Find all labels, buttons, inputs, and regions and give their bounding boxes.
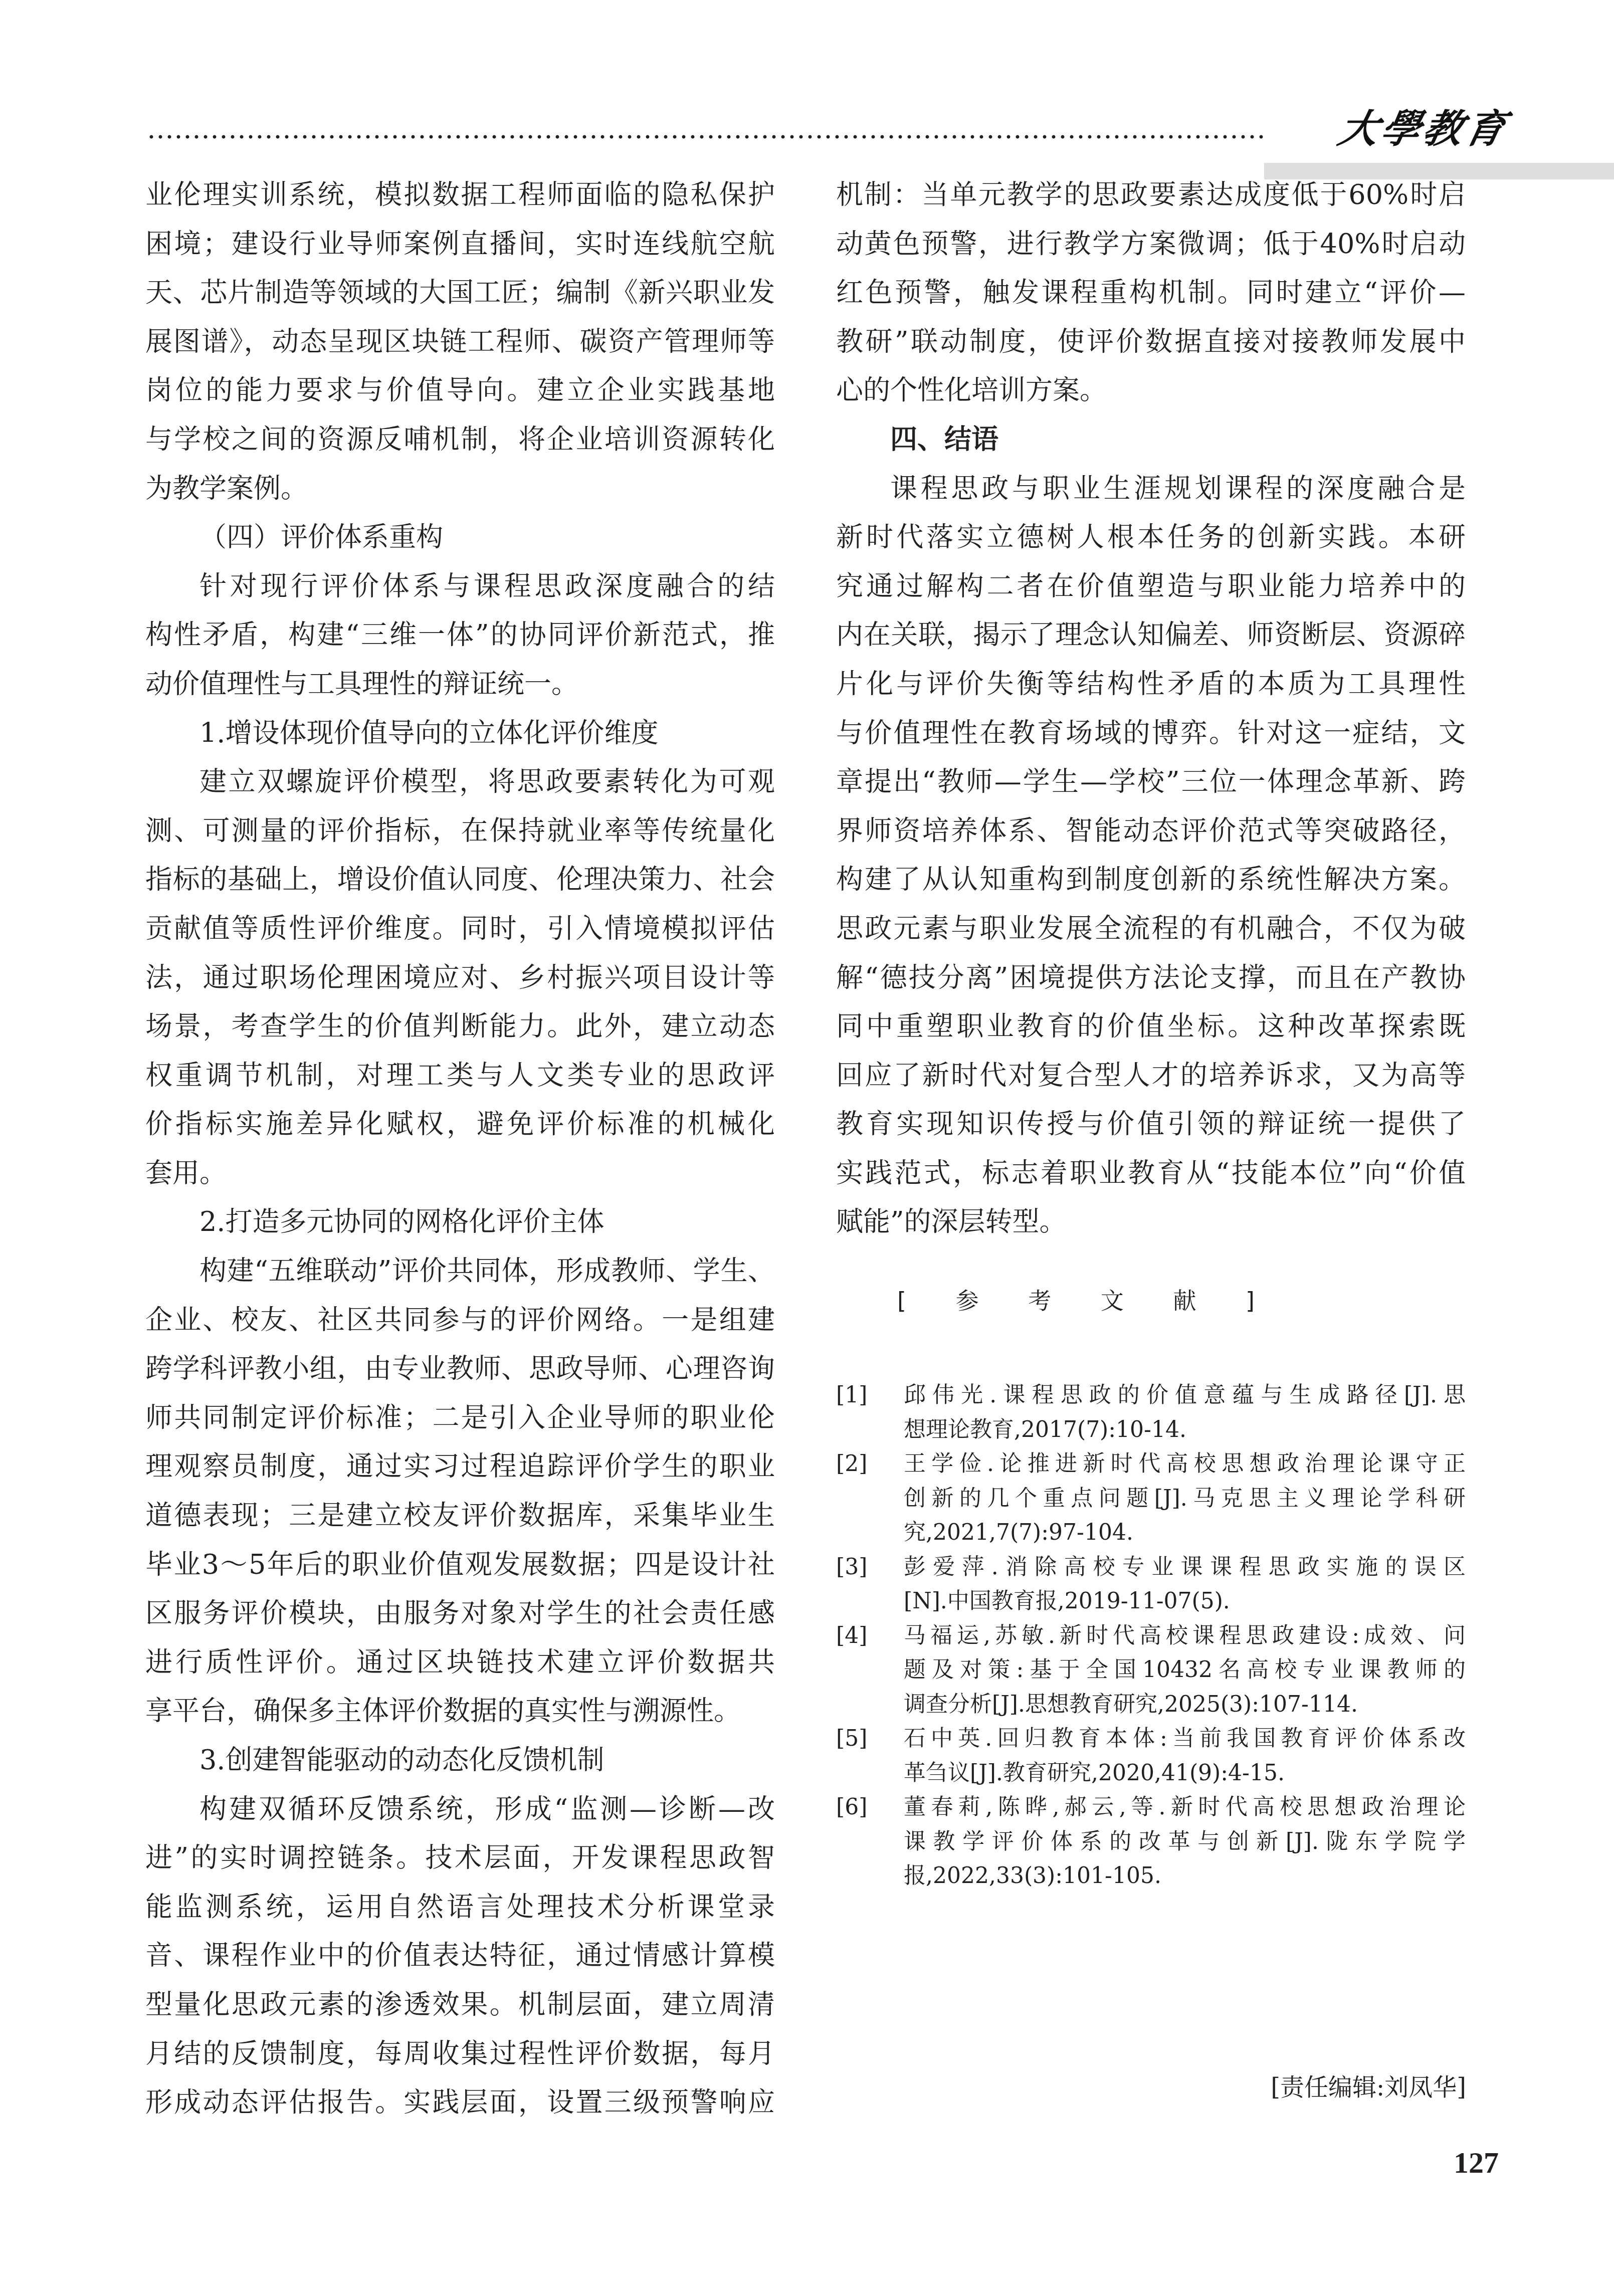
text-line: 界师资培养体系、智能动态评价范式等突破路径， [836,806,1466,856]
text-line: 展图谱》，动态呈现区块链工程师、碳资产管理师等 [145,317,775,366]
reference-text: 石中英.回归教育本体:当前我国教育评价体系改 [904,1722,1466,1756]
text-line: 音、课程作业中的价值表达特征，通过情感计算模 [145,1931,775,1980]
text-line: 红色预警，触发课程重构机制。同时建立“评价— [836,268,1466,317]
reference-text: 王学俭.论推进新时代高校思想政治理论课守正 [904,1447,1466,1482]
text-line: 月结的反馈制度，每周收集过程性评价数据，每月 [145,2029,775,2078]
text-line: 赋能”的深层转型。 [836,1197,1466,1246]
reference-text: 题及对策:基于全国10432名高校专业课教师的 [904,1653,1466,1688]
text-line: 理观察员制度，通过实习过程追踪评价学生的职业 [145,1442,775,1491]
text-line: 构建“五维联动”评价共同体，形成教师、学生、 [145,1246,775,1296]
text-line: 构性矛盾，构建“三维一体”的协同评价新范式，推 [145,610,775,660]
text-line: 区服务评价模块，由服务对象对学生的社会责任感 [145,1589,775,1638]
reference-item: [1]邱伟光.课程思政的价值意蕴与生成路径[J].思想理论教育,2017(7):… [836,1378,1466,1447]
reference-number: [4] [836,1619,867,1653]
text-line: 指标的基础上，增设价值认同度、伦理决策力、社会 [145,855,775,904]
text-line: 法，通过职场伦理困境应对、乡村振兴项目设计等 [145,953,775,1002]
reference-number: [2] [836,1447,867,1481]
section-heading: 四、结语 [836,415,1466,464]
reference-item: [4]马福运,苏敏.新时代高校课程思政建设:成效、问题及对策:基于全国10432… [836,1619,1466,1722]
text-line: 章提出“教师—学生—学校”三位一体理念革新、跨 [836,757,1466,806]
text-line: 新时代落实立德树人根本任务的创新实践。本研 [836,513,1466,562]
text-line: 片化与评价失衡等结构性矛盾的本质为工具理性 [836,660,1466,709]
reference-text: 想理论教育,2017(7):10-14. [904,1413,1466,1447]
text-line: 贡献值等质性评价维度。同时，引入情境模拟评估 [145,904,775,953]
reference-number: [6] [836,1790,867,1824]
text-line: 思政元素与职业发展全流程的有机融合，不仅为破 [836,904,1466,953]
reference-text: 革刍议[J].教育研究,2020,41(9):4-15. [904,1756,1466,1791]
reference-text: 彭爱萍.消除高校专业课课程思政实施的误区 [904,1550,1466,1585]
text-line: 测、可测量的评价指标，在保持就业率等传统量化 [145,806,775,856]
text-line: 构建了从认知重构到制度创新的系统性解决方案。 [836,855,1466,904]
text-line: 同中重塑职业教育的价值坐标。这种改革探索既 [836,1002,1466,1051]
reference-number: [3] [836,1550,867,1584]
text-line: 进”的实时调控链条。技术层面，开发课程思政智 [145,1833,775,1883]
reference-item: [5]石中英.回归教育本体:当前我国教育评价体系改革刍议[J].教育研究,202… [836,1722,1466,1790]
reference-text: 马福运,苏敏.新时代高校课程思政建设:成效、问 [904,1619,1466,1653]
text-line: 企业、校友、社区共同参与的评价网络。一是组建 [145,1296,775,1345]
reference-item: [6]董春莉,陈晔,郝云,等.新时代高校思想政治理论课教学评价体系的改革与创新[… [836,1790,1466,1894]
reference-text: 究,2021,7(7):97-104. [904,1516,1466,1550]
text-line: 教育实现知识传授与价值引领的辩证统一提供了 [836,1100,1466,1149]
text-line: 能监测系统，运用自然语言处理技术分析课堂录 [145,1883,775,1932]
left-column: 业伦理实训系统，模拟数据工程师面临的隐私保护困境；建设行业导师案例直播间，实时连… [145,170,775,2127]
reference-text: 报,2022,33(3):101-105. [904,1859,1466,1894]
text-line: 进行质性评价。通过区块链技术建立评价数据共 [145,1638,775,1687]
text-line: 跨学科评教小组，由专业教师、思政导师、心理咨询 [145,1344,775,1393]
text-line: 建立双螺旋评价模型，将思政要素转化为可观 [145,757,775,806]
text-line: 内在关联，揭示了理念认知偏差、师资断层、资源碎 [836,610,1466,660]
text-line: 回应了新时代对复合型人才的培养诉求，又为高等 [836,1051,1466,1100]
section-heading: 1.增设体现价值导向的立体化评价维度 [145,709,775,758]
header-dotted-rule [147,133,1264,140]
text-line: 构建双循环反馈系统，形成“监测—诊断—改 [145,1785,775,1834]
text-line: 场景，考查学生的价值判断能力。此外，建立动态 [145,1002,775,1051]
text-line: 动黄色预警，进行教学方案微调；低于40%时启动 [836,220,1466,269]
section-heading: 3.创建智能驱动的动态化反馈机制 [145,1736,775,1785]
text-line: 形成动态评估报告。实践层面，设置三级预警响应 [145,2078,775,2127]
text-line: 权重调节机制，对理工类与人文类专业的思政评 [145,1051,775,1100]
responsible-editor: [责任编辑:刘凤华] [1231,2067,1466,2108]
reference-text: 课教学评价体系的改革与创新[J].陇东学院学 [904,1825,1466,1859]
text-line: 天、芯片制造等领域的大国工匠；编制《新兴职业发 [145,268,775,317]
text-line: 教研”联动制度，使评价数据直接对接教师发展中 [836,317,1466,366]
text-line: 课程思政与职业生涯规划课程的深度融合是 [836,464,1466,513]
section-heading: 2.打造多元协同的网格化评价主体 [145,1197,775,1246]
reference-text: [N].中国教育报,2019-11-07(5). [904,1584,1466,1619]
text-line: 困境；建设行业导师案例直播间，实时连线航空航 [145,220,775,269]
text-line: 业伦理实训系统，模拟数据工程师面临的隐私保护 [145,170,775,220]
text-line: 型量化思政元素的渗透效果。机制层面，建立周清 [145,1980,775,2029]
text-line: 道德表现；三是建立校友评价数据库，采集毕业生 [145,1491,775,1540]
reference-item: [2]王学俭.论推进新时代高校思想政治理论课守正创新的几个重点问题[J].马克思… [836,1447,1466,1550]
text-line: 动价值理性与工具理性的辩证统一。 [145,660,775,709]
text-line: 究通过解构二者在价值塑造与职业能力培养中的 [836,562,1466,611]
section-heading: （四）评价体系重构 [145,513,775,562]
reference-text: 邱伟光.课程思政的价值意蕴与生成路径[J].思 [904,1378,1466,1413]
right-column: 机制：当单元教学的思政要素达成度低于60%时启动黄色预警，进行教学方案微调；低于… [836,170,1466,1246]
text-line: 价指标实施差异化赋权，避免评价标准的机械化 [145,1100,775,1149]
text-line: 与价值理性在教育场域的博弈。针对这一症结，文 [836,709,1466,758]
text-line: 岗位的能力要求与价值导向。建立企业实践基地 [145,366,775,415]
reference-text: 创新的几个重点问题[J].马克思主义理论学科研 [904,1482,1466,1516]
text-line: 针对现行评价体系与课程思政深度融合的结 [145,562,775,611]
text-line: 心的个性化培训方案。 [836,366,1466,415]
text-line: 师共同制定评价标准；二是引入企业导师的职业伦 [145,1393,775,1442]
page-number: 127 [1434,2145,1499,2180]
text-line: 实践范式，标志着职业教育从“技能本位”向“价值 [836,1149,1466,1198]
reference-number: [5] [836,1722,867,1756]
reference-number: [1] [836,1378,867,1412]
text-line: 与学校之间的资源反哺机制，将企业培训资源转化 [145,415,775,464]
text-line: 为教学案例。 [145,464,775,513]
text-line: 解“德技分离”困境提供方法论支撑，而且在产教协 [836,953,1466,1002]
reference-item: [3]彭爱萍.消除高校专业课课程思政实施的误区[N].中国教育报,2019-11… [836,1550,1466,1619]
text-line: 享平台，确保多主体评价数据的真实性与溯源性。 [145,1687,775,1736]
reference-text: 调查分析[J].思想教育研究,2025(3):107-114. [904,1688,1466,1722]
text-line: 机制：当单元教学的思政要素达成度低于60%时启 [836,170,1466,220]
references-title: [ 参 考 文 献 ] [897,1286,1013,1316]
text-line: 毕业3～5年后的职业价值观发展数据；四是设计社 [145,1540,775,1589]
references-list: [1]邱伟光.课程思政的价值意蕴与生成路径[J].思想理论教育,2017(7):… [836,1378,1466,1894]
reference-text: 董春莉,陈晔,郝云,等.新时代高校思想政治理论 [904,1790,1466,1825]
text-line: 套用。 [145,1149,775,1198]
journal-logo: 大學教育 [1333,100,1481,158]
